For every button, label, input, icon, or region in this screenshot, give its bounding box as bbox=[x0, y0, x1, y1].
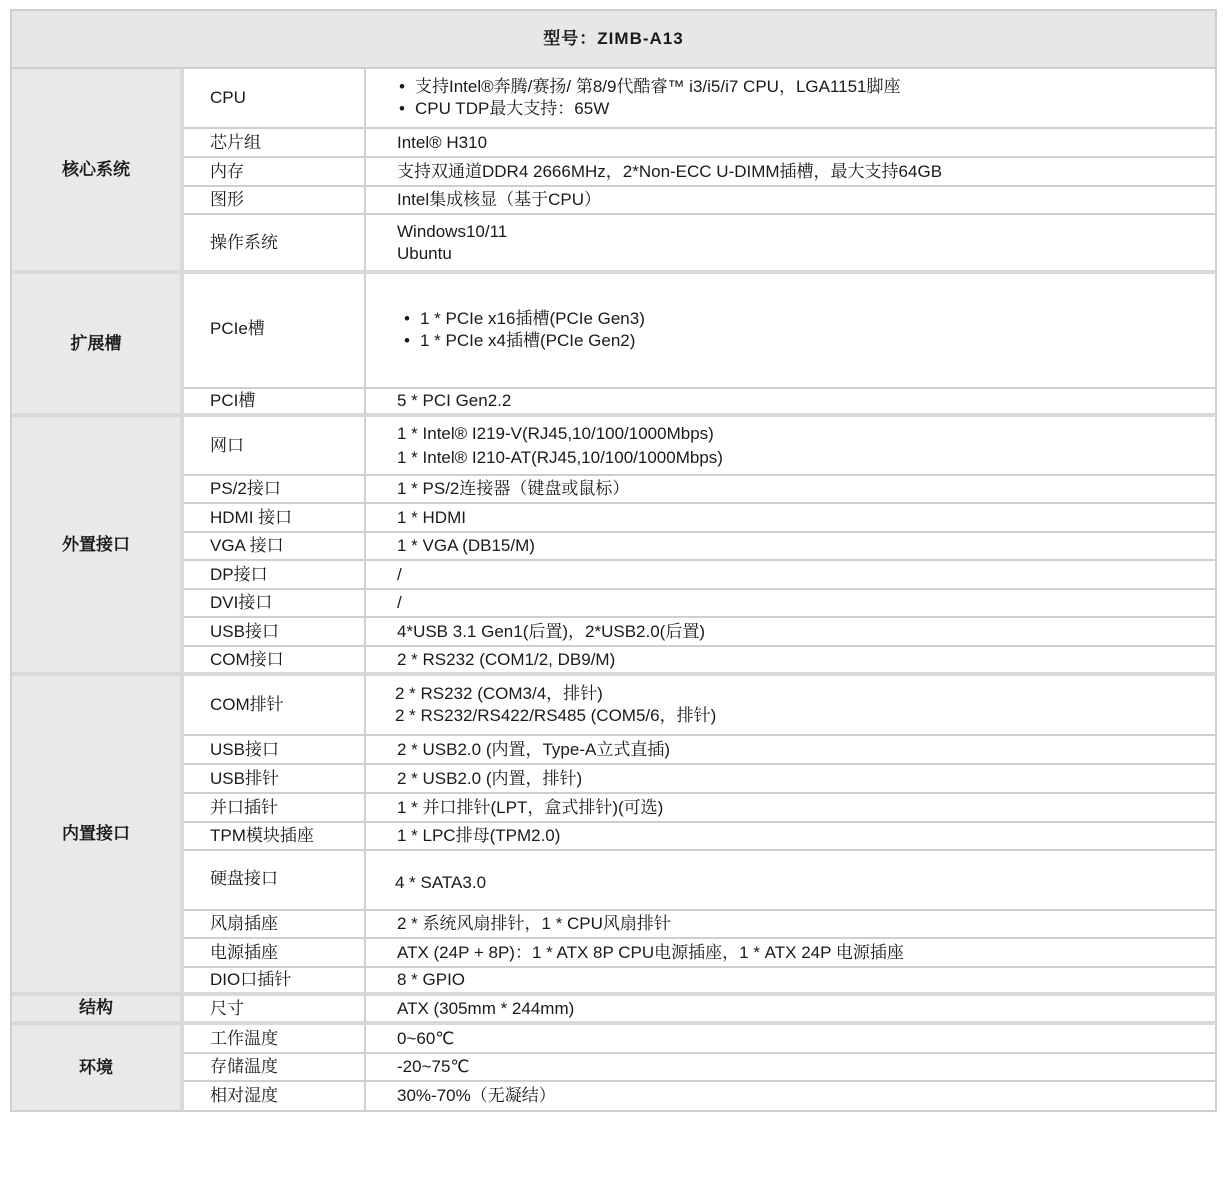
category-core-system: 核心系统 bbox=[12, 69, 184, 274]
label-dp: DP接口 bbox=[184, 561, 366, 590]
value-cpu: 支持Intel®奔腾/赛扬/ 第8/9代酷睿™ i3/i5/i7 CPU，LGA… bbox=[366, 69, 1217, 129]
value-fan: 2 * 系统风扇排针，1 * CPU风扇排针 bbox=[366, 911, 1217, 939]
value-com-external: 2 * RS232 (COM1/2, DB9/M) bbox=[366, 647, 1217, 676]
label-com-header: COM排针 bbox=[184, 676, 366, 736]
table-row: USB接口 2 * USB2.0 (内置，Type-A立式直插) bbox=[12, 736, 1217, 765]
value-chipset: Intel® H310 bbox=[366, 129, 1217, 158]
com-header-line: 2 * RS232/RS422/RS485 (COM5/6，排针) bbox=[395, 705, 1215, 727]
table-row: COM接口 2 * RS232 (COM1/2, DB9/M) bbox=[12, 647, 1217, 676]
label-power: 电源插座 bbox=[184, 939, 366, 968]
value-pci: 5 * PCI Gen2.2 bbox=[366, 389, 1217, 417]
category-environment: 环境 bbox=[12, 1025, 184, 1112]
value-memory: 支持双通道DDR4 2666MHz，2*Non-ECC U-DIMM插槽，最大支… bbox=[366, 158, 1217, 187]
value-vga: 1 * VGA (DB15/M) bbox=[366, 533, 1217, 561]
table-row: 电源插座 ATX (24P + 8P)：1 * ATX 8P CPU电源插座，1… bbox=[12, 939, 1217, 968]
value-operating-temp: 0~60℃ bbox=[366, 1025, 1217, 1054]
cpu-bullet: CPU TDP最大支持：65W bbox=[397, 98, 1215, 120]
label-lpt: 并口插针 bbox=[184, 794, 366, 823]
label-usb-internal: USB接口 bbox=[184, 736, 366, 765]
table-row: 内置接口 COM排针 2 * RS232 (COM3/4，排针) 2 * RS2… bbox=[12, 676, 1217, 736]
value-ps2: 1 * PS/2连接器（键盘或鼠标） bbox=[366, 476, 1217, 504]
table-row: 图形 Intel集成核显（基于CPU） bbox=[12, 187, 1217, 215]
table-row: DP接口 / bbox=[12, 561, 1217, 590]
table-row: 风扇插座 2 * 系统风扇排针，1 * CPU风扇排针 bbox=[12, 911, 1217, 939]
table-row: 存储温度 -20~75℃ bbox=[12, 1054, 1217, 1082]
value-os: Windows10/11 Ubuntu bbox=[366, 215, 1217, 274]
label-chipset: 芯片组 bbox=[184, 129, 366, 158]
table-row: 硬盘接口 4 * SATA3.0 bbox=[12, 851, 1217, 911]
value-dimensions: ATX (305mm * 244mm) bbox=[366, 996, 1217, 1025]
category-structure: 结构 bbox=[12, 996, 184, 1025]
label-dvi: DVI接口 bbox=[184, 590, 366, 618]
label-memory: 内存 bbox=[184, 158, 366, 187]
os-line: Ubuntu bbox=[397, 243, 1215, 265]
pcie-bullet: 1 * PCIe x4插槽(PCIe Gen2) bbox=[402, 330, 1215, 352]
table-row: HDMI 接口 1 * HDMI bbox=[12, 504, 1217, 533]
value-dvi: / bbox=[366, 590, 1217, 618]
value-com-header: 2 * RS232 (COM3/4，排针) 2 * RS232/RS422/RS… bbox=[366, 676, 1217, 736]
table-row: 环境 工作温度 0~60℃ bbox=[12, 1025, 1217, 1054]
value-storage-temp: -20~75℃ bbox=[366, 1054, 1217, 1082]
category-external-io: 外置接口 bbox=[12, 417, 184, 676]
label-lan: 网口 bbox=[184, 417, 366, 476]
table-row: 外置接口 网口 1 * Intel® I219-V(RJ45,10/100/10… bbox=[12, 417, 1217, 476]
table-row: 操作系统 Windows10/11 Ubuntu bbox=[12, 215, 1217, 274]
table-row: USB排针 2 * USB2.0 (内置，排针) bbox=[12, 765, 1217, 794]
label-com-external: COM接口 bbox=[184, 647, 366, 676]
value-tpm: 1 * LPC排母(TPM2.0) bbox=[366, 823, 1217, 851]
value-humidity: 30%-70%（无凝结） bbox=[366, 1082, 1217, 1112]
table-row: VGA 接口 1 * VGA (DB15/M) bbox=[12, 533, 1217, 561]
table-row: 芯片组 Intel® H310 bbox=[12, 129, 1217, 158]
label-fan: 风扇插座 bbox=[184, 911, 366, 939]
value-pcie: 1 * PCIe x16插槽(PCIe Gen3) 1 * PCIe x4插槽(… bbox=[366, 274, 1217, 389]
com-header-line: 2 * RS232 (COM3/4，排针) bbox=[395, 683, 1215, 705]
value-dp: / bbox=[366, 561, 1217, 590]
value-usb-external: 4*USB 3.1 Gen1(后置)，2*USB2.0(后置) bbox=[366, 618, 1217, 647]
value-graphics: Intel集成核显（基于CPU） bbox=[366, 187, 1217, 215]
table-row: DIO口插针 8 * GPIO bbox=[12, 968, 1217, 996]
title-row: 型号：ZIMB-A13 bbox=[12, 11, 1217, 69]
label-vga: VGA 接口 bbox=[184, 533, 366, 561]
table-row: USB接口 4*USB 3.1 Gen1(后置)，2*USB2.0(后置) bbox=[12, 618, 1217, 647]
os-line: Windows10/11 bbox=[397, 221, 1215, 243]
label-dio: DIO口插针 bbox=[184, 968, 366, 996]
label-humidity: 相对湿度 bbox=[184, 1082, 366, 1112]
value-hdmi: 1 * HDMI bbox=[366, 504, 1217, 533]
label-hdmi: HDMI 接口 bbox=[184, 504, 366, 533]
lan-line: 1 * Intel® I219-V(RJ45,10/100/1000Mbps) bbox=[397, 422, 1215, 446]
spec-table: 型号：ZIMB-A13 核心系统 CPU 支持Intel®奔腾/赛扬/ 第8/9… bbox=[10, 9, 1217, 1112]
label-pci: PCI槽 bbox=[184, 389, 366, 417]
table-row: PCI槽 5 * PCI Gen2.2 bbox=[12, 389, 1217, 417]
label-graphics: 图形 bbox=[184, 187, 366, 215]
label-ps2: PS/2接口 bbox=[184, 476, 366, 504]
table-row: 内存 支持双通道DDR4 2666MHz，2*Non-ECC U-DIMM插槽，… bbox=[12, 158, 1217, 187]
label-storage: 硬盘接口 bbox=[184, 851, 366, 911]
value-usb-internal: 2 * USB2.0 (内置，Type-A立式直插) bbox=[366, 736, 1217, 765]
table-row: PS/2接口 1 * PS/2连接器（键盘或鼠标） bbox=[12, 476, 1217, 504]
value-dio: 8 * GPIO bbox=[366, 968, 1217, 996]
table-row: 并口插针 1 * 并口排针(LPT，盒式排针)(可选) bbox=[12, 794, 1217, 823]
label-os: 操作系统 bbox=[184, 215, 366, 274]
table-row: TPM模块插座 1 * LPC排母(TPM2.0) bbox=[12, 823, 1217, 851]
lan-line: 1 * Intel® I210-AT(RJ45,10/100/1000Mbps) bbox=[397, 446, 1215, 470]
value-power: ATX (24P + 8P)：1 * ATX 8P CPU电源插座，1 * AT… bbox=[366, 939, 1217, 968]
value-usb-header: 2 * USB2.0 (内置，排针) bbox=[366, 765, 1217, 794]
label-operating-temp: 工作温度 bbox=[184, 1025, 366, 1054]
value-lpt: 1 * 并口排针(LPT，盒式排针)(可选) bbox=[366, 794, 1217, 823]
model-title: 型号：ZIMB-A13 bbox=[12, 11, 1217, 69]
value-lan: 1 * Intel® I219-V(RJ45,10/100/1000Mbps) … bbox=[366, 417, 1217, 476]
label-cpu: CPU bbox=[184, 69, 366, 129]
label-usb-external: USB接口 bbox=[184, 618, 366, 647]
label-pcie: PCIe槽 bbox=[184, 274, 366, 389]
table-row: DVI接口 / bbox=[12, 590, 1217, 618]
table-row: 相对湿度 30%-70%（无凝结） bbox=[12, 1082, 1217, 1112]
table-row: 扩展槽 PCIe槽 1 * PCIe x16插槽(PCIe Gen3) 1 * … bbox=[12, 274, 1217, 389]
label-tpm: TPM模块插座 bbox=[184, 823, 366, 851]
label-usb-header: USB排针 bbox=[184, 765, 366, 794]
label-storage-temp: 存储温度 bbox=[184, 1054, 366, 1082]
category-expansion-slots: 扩展槽 bbox=[12, 274, 184, 417]
label-dimensions: 尺寸 bbox=[184, 996, 366, 1025]
value-storage: 4 * SATA3.0 bbox=[366, 851, 1217, 911]
category-internal-io: 内置接口 bbox=[12, 676, 184, 996]
table-row: 结构 尺寸 ATX (305mm * 244mm) bbox=[12, 996, 1217, 1025]
cpu-bullet: 支持Intel®奔腾/赛扬/ 第8/9代酷睿™ i3/i5/i7 CPU，LGA… bbox=[397, 76, 1215, 98]
pcie-bullet: 1 * PCIe x16插槽(PCIe Gen3) bbox=[402, 308, 1215, 330]
table-row: 核心系统 CPU 支持Intel®奔腾/赛扬/ 第8/9代酷睿™ i3/i5/i… bbox=[12, 69, 1217, 129]
